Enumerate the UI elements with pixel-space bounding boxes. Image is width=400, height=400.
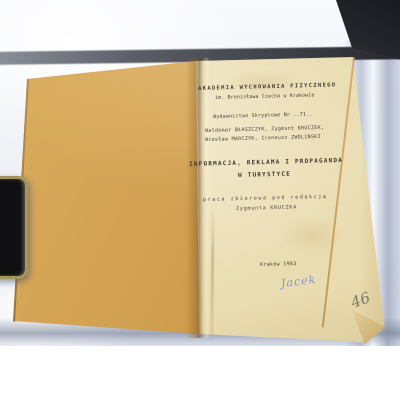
photograph: AKADEMIA WYCHOWANIA FIZYCZNEGO im. Broni… xyxy=(0,0,400,346)
page-stain xyxy=(280,215,344,255)
book-photo-scene: AKADEMIA WYCHOWANIA FIZYCZNEGO im. Broni… xyxy=(0,0,400,400)
dark-object-left-edge xyxy=(0,176,28,279)
title-line-2: W TURYSTYCE xyxy=(238,171,291,179)
imprint-line: Kraków 1983 xyxy=(260,261,297,268)
